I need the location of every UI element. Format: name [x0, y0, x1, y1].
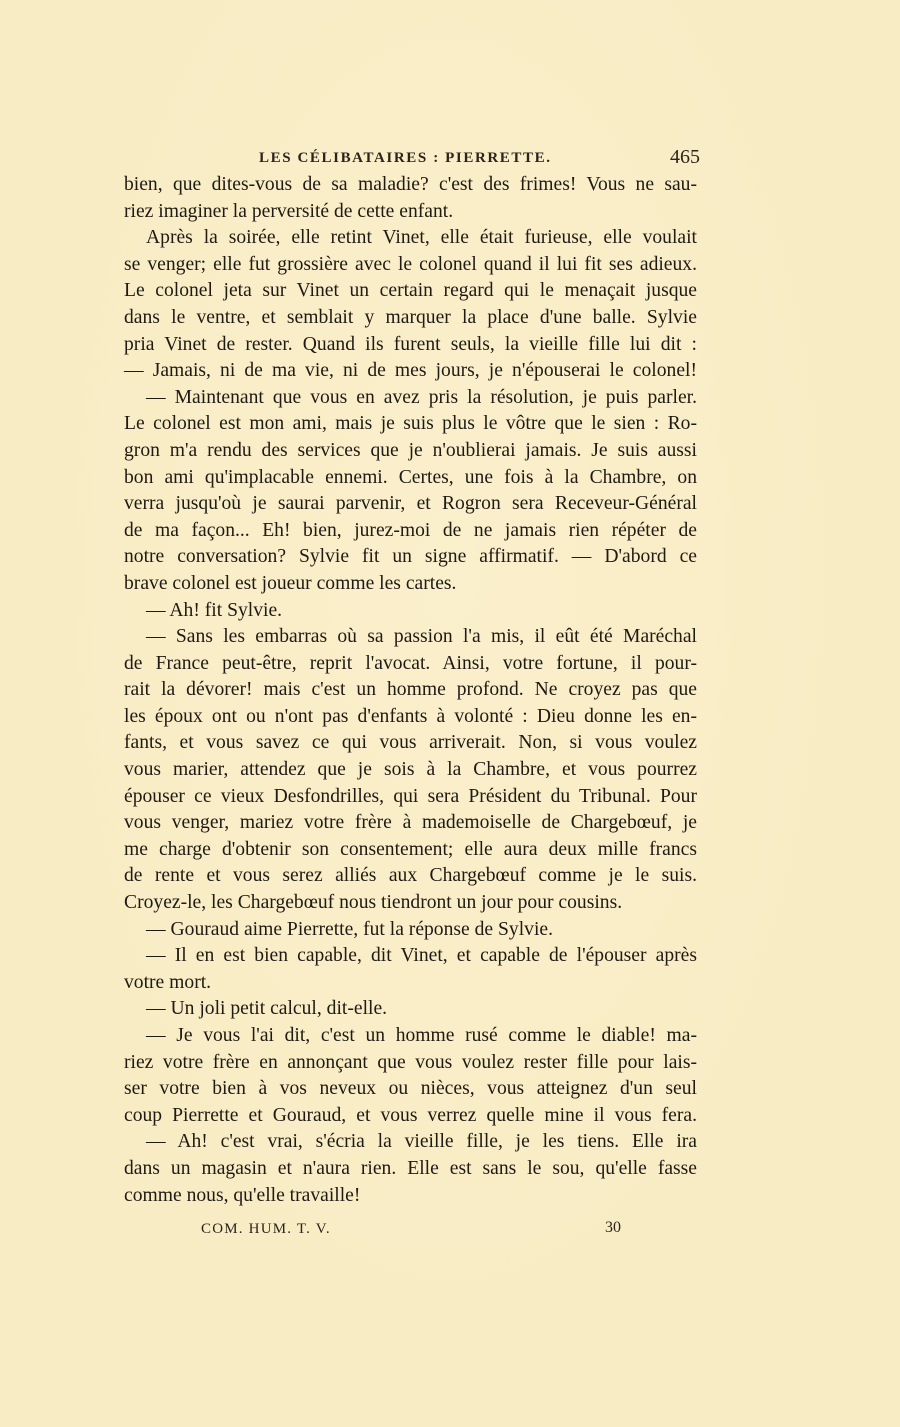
text-line: dans le ventre, et semblait y marquer la… — [124, 305, 697, 332]
text-line: de ma façon... Eh! bien, jurez-moi de ne… — [124, 518, 697, 545]
text-line: me charge d'obtenir son consentement; el… — [124, 837, 697, 864]
text-line: — Ah! c'est vrai, s'écria la vieille fil… — [124, 1129, 697, 1156]
text-line: Après la soirée, elle retint Vinet, elle… — [124, 225, 697, 252]
text-line: coup Pierrette et Gouraud, et vous verre… — [124, 1103, 697, 1130]
text-line: dans un magasin et n'aura rien. Elle est… — [124, 1156, 697, 1183]
text-line: les époux ont ou n'ont pas d'enfants à v… — [124, 704, 697, 731]
text-line: — Ah! fit Sylvie. — [124, 598, 697, 625]
text-line: bien, que dites-vous de sa maladie? c'es… — [124, 172, 697, 199]
text-line: brave colonel est joueur comme les carte… — [124, 571, 697, 598]
signature-footer: COM. HUM. T. V. 30 — [201, 1219, 621, 1243]
text-line: — Un joli petit calcul, dit-elle. — [124, 996, 697, 1023]
text-line: fants, et vous savez ce qui vous arriver… — [124, 730, 697, 757]
book-page: LES CÉLIBATAIRES : PIERRETTE. 465 bien, … — [0, 0, 900, 1427]
text-line: verra jusqu'où je saurai parvenir, et Ro… — [124, 491, 697, 518]
body-text: bien, que dites-vous de sa maladie? c'es… — [124, 172, 697, 1209]
text-line: — Maintenant que vous en avez pris la ré… — [124, 385, 697, 412]
text-line: Le colonel est mon ami, mais je suis plu… — [124, 411, 697, 438]
text-line: se venger; elle fut grossière avec le co… — [124, 252, 697, 279]
text-line: vous marier, attendez que je sois à la C… — [124, 757, 697, 784]
running-head: LES CÉLIBATAIRES : PIERRETTE. 465 — [259, 146, 699, 170]
text-line: riez votre frère en annonçant que vous v… — [124, 1050, 697, 1077]
text-line: épouser ce vieux Desfondrilles, qui sera… — [124, 784, 697, 811]
text-line: ser votre bien à vos neveux ou nièces, v… — [124, 1076, 697, 1103]
text-line: — Gouraud aime Pierrette, fut la réponse… — [124, 917, 697, 944]
text-line: de France peut-être, reprit l'avocat. Ai… — [124, 651, 697, 678]
text-line: notre conversation? Sylvie fit un signe … — [124, 544, 697, 571]
text-line: — Je vous l'ai dit, c'est un homme rusé … — [124, 1023, 697, 1050]
text-line: — Il en est bien capable, dit Vinet, et … — [124, 943, 697, 970]
text-line: rait la dévorer! mais c'est un homme pro… — [124, 677, 697, 704]
text-line: riez imaginer la perversité de cette enf… — [124, 199, 697, 226]
text-line: — Jamais, ni de ma vie, ni de mes jours,… — [124, 358, 697, 385]
text-line: de rente et vous serez alliés aux Charge… — [124, 863, 697, 890]
text-line: Croyez-le, les Chargebœuf nous tiendront… — [124, 890, 697, 917]
text-line: vous venger, mariez votre frère à mademo… — [124, 810, 697, 837]
text-line: bon ami qu'implacable ennemi. Certes, un… — [124, 465, 697, 492]
signature-number: 30 — [605, 1219, 621, 1237]
text-line: — Sans les embarras où sa passion l'a mi… — [124, 624, 697, 651]
text-line: comme nous, qu'elle travaille! — [124, 1183, 697, 1210]
running-title: LES CÉLIBATAIRES : PIERRETTE. — [259, 150, 552, 167]
signature-mark: COM. HUM. T. V. — [201, 1221, 331, 1238]
text-line: Le colonel jeta sur Vinet un certain reg… — [124, 278, 697, 305]
text-line: votre mort. — [124, 970, 697, 997]
text-line: pria Vinet de rester. Quand ils furent s… — [124, 332, 697, 359]
text-line: gron m'a rendu des services que je n'oub… — [124, 438, 697, 465]
page-number: 465 — [670, 146, 700, 169]
